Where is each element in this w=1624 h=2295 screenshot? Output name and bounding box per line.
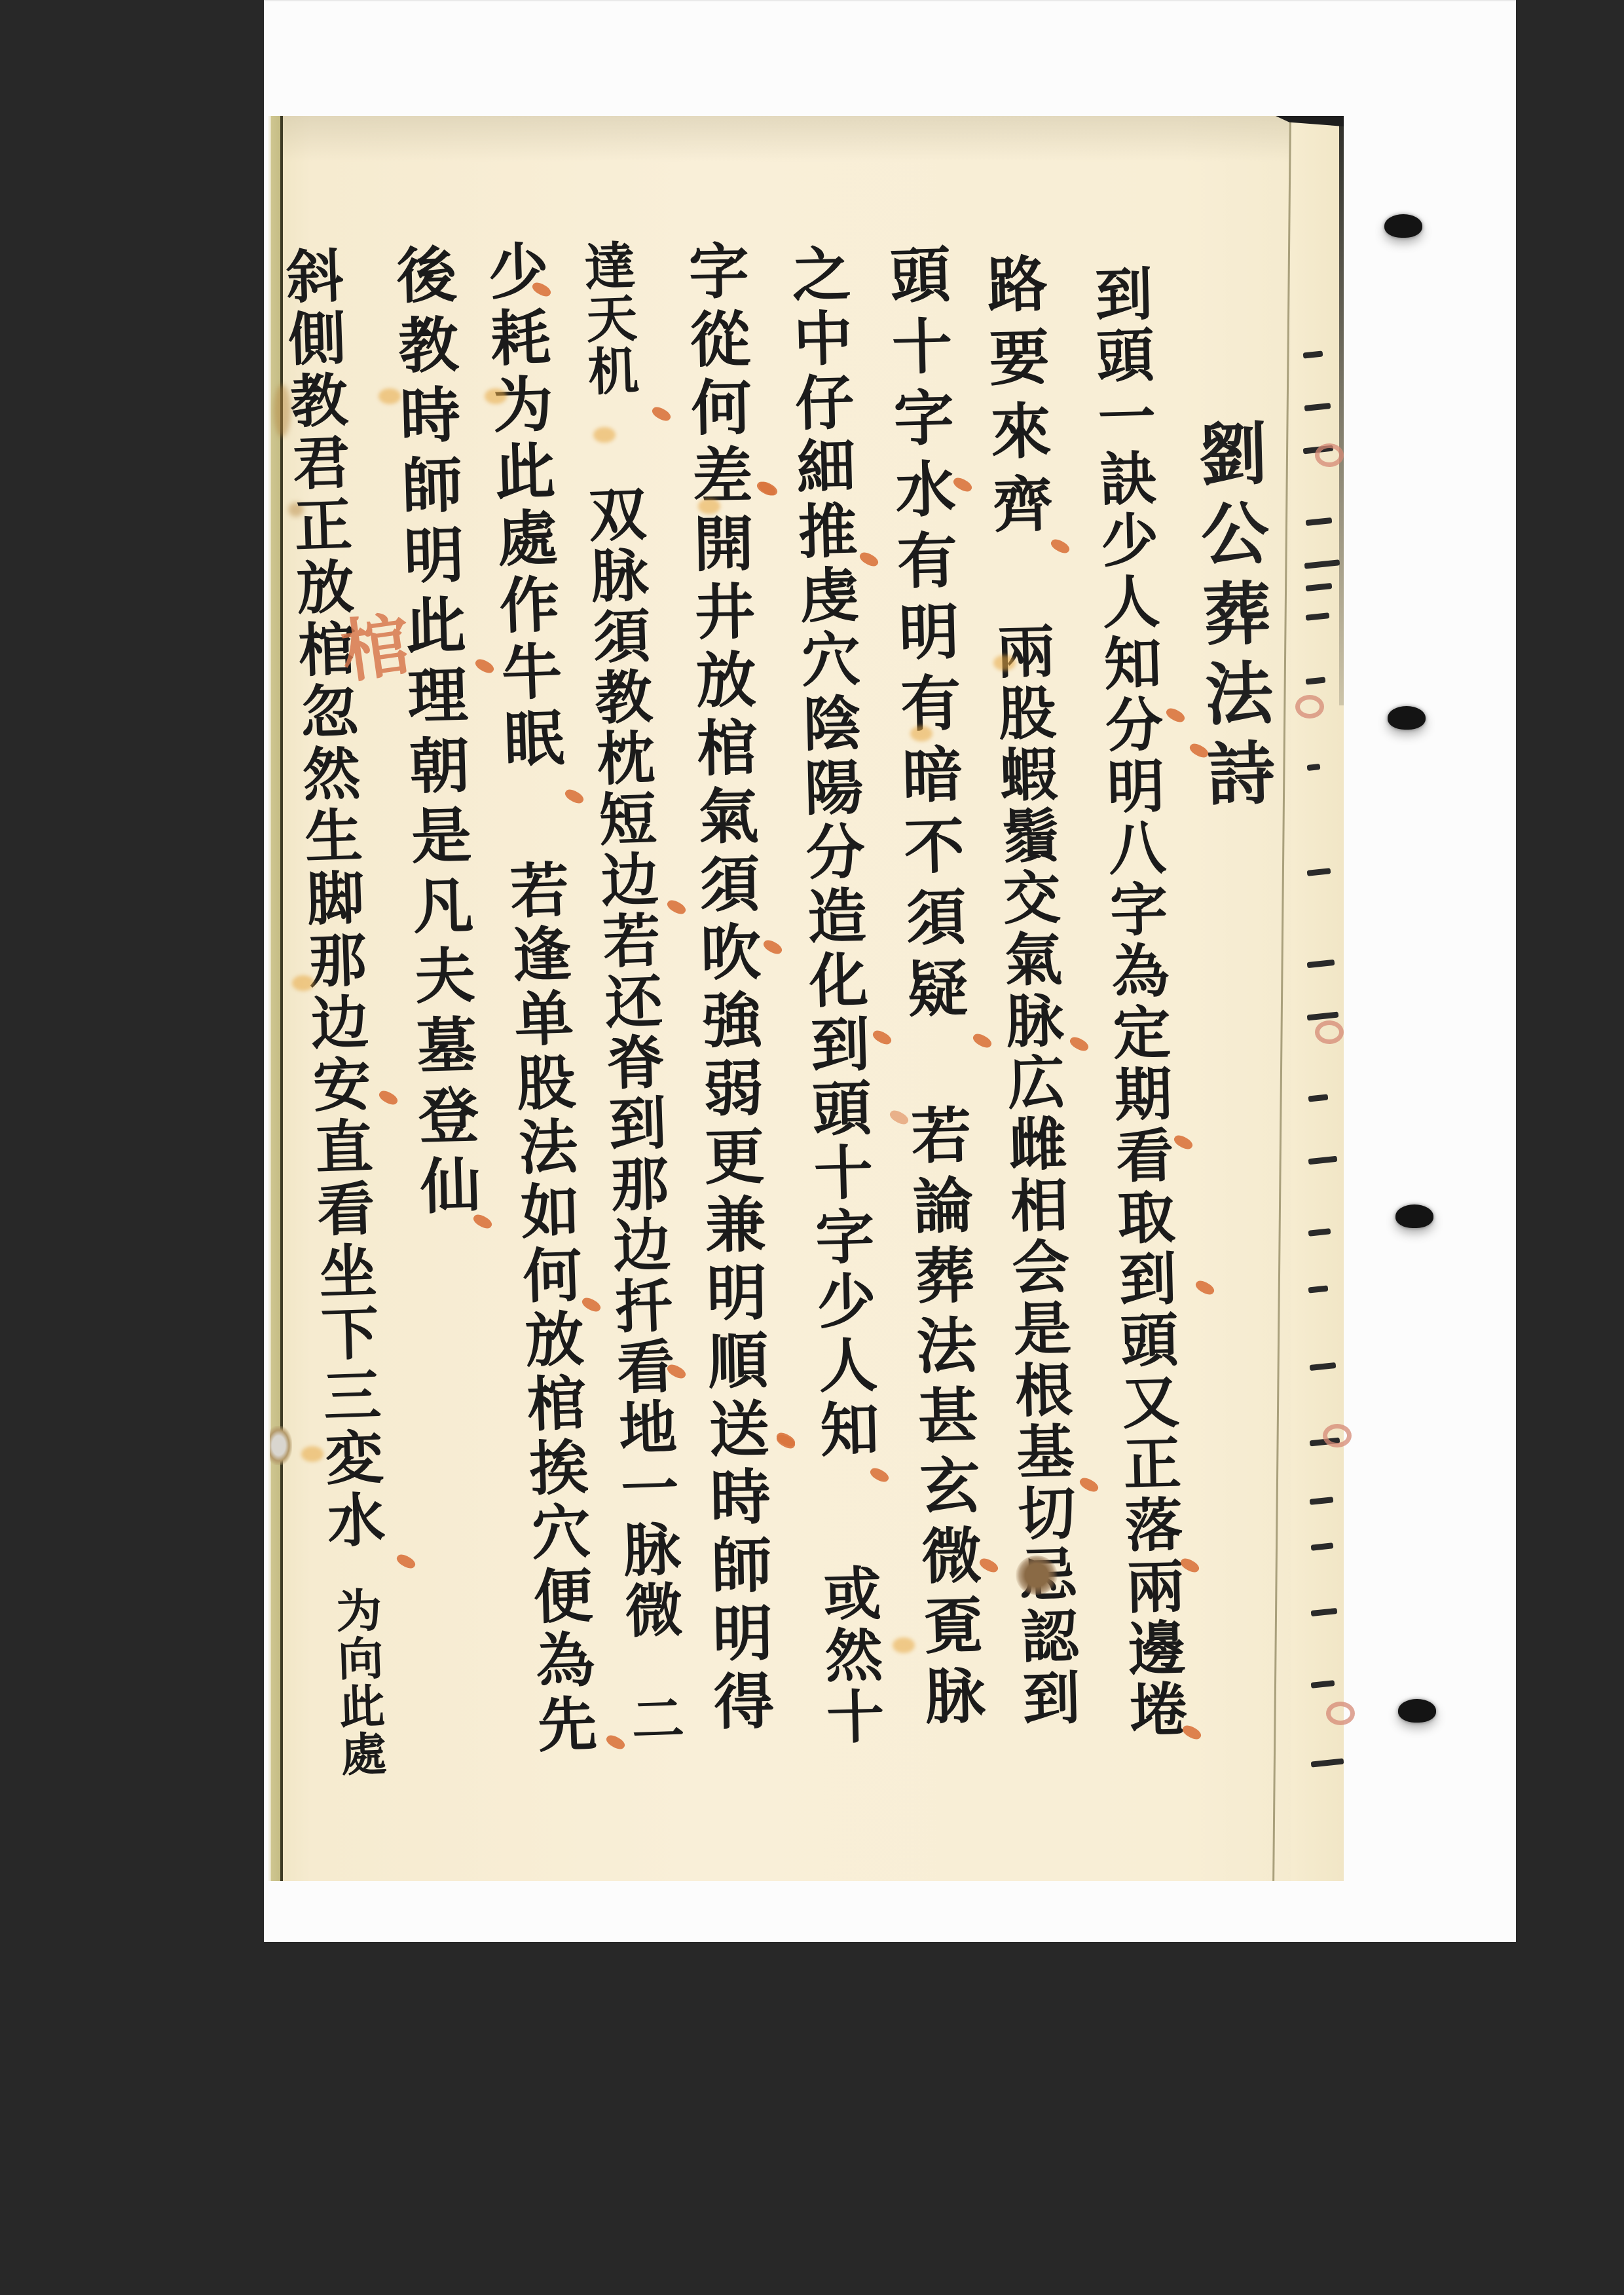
- cut-glyph-fragment: [1308, 1156, 1338, 1165]
- next-page-edge-strip: [1291, 116, 1344, 1881]
- cut-glyph-fragment: [1307, 960, 1335, 968]
- cut-glyph-fragment: [1311, 1542, 1334, 1551]
- cut-glyph-fragment: [1306, 517, 1333, 526]
- page-right-edge-shadow: [1339, 116, 1344, 705]
- yellow-stain: [910, 726, 932, 741]
- column-text: 路要來齊: [982, 252, 1050, 547]
- page-top-shading: [268, 116, 1344, 162]
- red-circle-mark-icon: [1295, 695, 1324, 718]
- cut-glyph-fragment: [1304, 559, 1340, 569]
- column-text: 少耗为此處作牛眠: [483, 238, 561, 775]
- cut-glyph-fragment: [1308, 1228, 1331, 1237]
- column-text: 達天机: [579, 239, 635, 398]
- column-text: 二: [627, 1690, 681, 1745]
- ink-blot: [1016, 1556, 1058, 1595]
- yellow-stain: [593, 427, 616, 443]
- yellow-stain: [485, 388, 507, 404]
- yellow-stain: [301, 1446, 323, 1462]
- cut-glyph-fragment: [1306, 677, 1326, 684]
- cut-glyph-fragment: [1306, 612, 1330, 621]
- cut-glyph-fragment: [1311, 1608, 1338, 1616]
- cut-glyph-fragment: [1303, 350, 1323, 358]
- column-text: 後教時師明此理朝是凡夫墓登仙: [391, 243, 477, 1225]
- cut-glyph-fragment: [1310, 1362, 1337, 1371]
- red-circle-mark-icon: [1315, 443, 1344, 467]
- red-ink-correction: 棺: [337, 610, 414, 686]
- yellow-stain: [378, 388, 401, 404]
- cut-glyph-fragment: [1310, 1497, 1334, 1505]
- yellow-stain: [893, 1637, 915, 1653]
- cut-glyph-fragment: [1306, 583, 1333, 591]
- punch-hole-icon: [1395, 1204, 1433, 1228]
- cut-glyph-fragment: [1307, 764, 1321, 771]
- cut-glyph-fragment: [1304, 403, 1331, 411]
- punch-hole-icon: [1384, 214, 1422, 238]
- binding-stitch: [270, 1426, 292, 1465]
- cut-glyph-fragment: [1308, 1285, 1329, 1293]
- cut-glyph-fragment: [1308, 1094, 1329, 1102]
- yellow-stain: [698, 498, 720, 514]
- column-text: 若論葬法甚玄微覔脉: [906, 1103, 982, 1735]
- red-circle-mark-icon: [1315, 1020, 1344, 1044]
- cut-glyph-fragment: [1307, 1012, 1339, 1021]
- yellow-stain: [292, 975, 314, 991]
- column-text: 頭十字水有明有暗不須疑: [885, 243, 964, 1030]
- punch-hole-icon: [1398, 1699, 1436, 1723]
- column-text: 或然十: [819, 1563, 881, 1749]
- cut-glyph-fragment: [1307, 868, 1331, 876]
- cut-glyph-fragment: [1311, 1680, 1335, 1689]
- poem-title: 劉公葬法詩: [1192, 418, 1270, 819]
- cut-glyph-fragment: [1311, 1758, 1344, 1767]
- column-text: 为向此處: [331, 1586, 384, 1779]
- red-circle-mark-icon: [1323, 1424, 1352, 1447]
- punch-hole-icon: [1388, 706, 1426, 730]
- yellow-stain: [993, 655, 1016, 671]
- red-circle-mark-icon: [1326, 1702, 1355, 1725]
